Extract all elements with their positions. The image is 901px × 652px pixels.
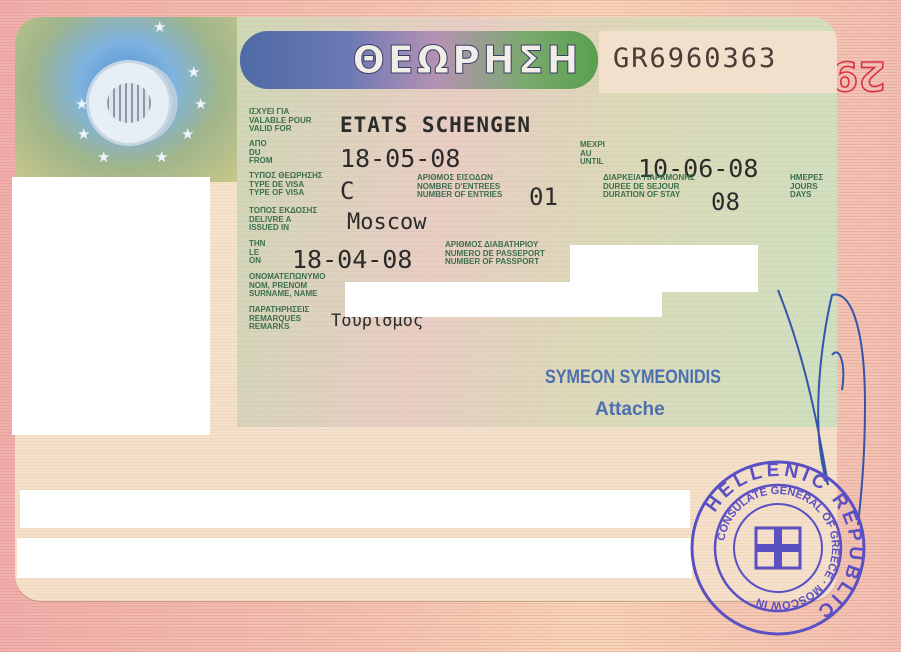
label-on: ΤΗΝ LE ON bbox=[249, 240, 265, 266]
star-icon: ★ bbox=[75, 97, 88, 112]
value-from: 18-05-08 bbox=[340, 144, 460, 173]
label-days: ΗΜΕΡΕΣ JOURS DAYS bbox=[790, 174, 823, 200]
label-until: ΜΕΧΡΙ AU UNTIL bbox=[580, 141, 605, 167]
star-icon: ★ bbox=[194, 97, 207, 112]
redacted-photo bbox=[12, 177, 210, 435]
value-type-of-visa: C bbox=[340, 177, 354, 205]
star-icon: ★ bbox=[181, 127, 194, 142]
label-type-of-visa: ΤΥΠΟΣ ΘΕΩΡΗΣΗΣ TYPE DE VISA TYPE OF VISA bbox=[249, 172, 323, 198]
star-icon: ★ bbox=[77, 127, 90, 142]
serial-number: GR6960363 bbox=[613, 43, 777, 74]
label-duration-of-stay: ΔΙΑΡΚΕΙΑ ΠΑΡΑΜΟΝΗΣ DUREE DE SEJOUR DURAT… bbox=[603, 174, 695, 200]
header-title: ΘΕΩΡΗΣΗ bbox=[337, 31, 597, 89]
value-valid-for: ETATS SCHENGEN bbox=[340, 113, 531, 137]
redacted-mrz-line-2 bbox=[17, 538, 692, 578]
signatory-name: SYMEON SYMEONIDIS bbox=[545, 367, 721, 389]
label-surname-name: ΟΝΟΜΑΤΕΠΩΝΥΜΟ NOM, PRENOM SURNAME, NAME bbox=[249, 273, 325, 299]
redacted-mrz-line-1 bbox=[20, 490, 690, 528]
globe-icon bbox=[86, 60, 172, 146]
visa-form: ΘΕΩΡΗΣΗ GR6960363 ΙΣΧΥΕΙ ΓΙΑ VALABLE POU… bbox=[237, 17, 837, 427]
signatory-title: Attache bbox=[595, 399, 665, 421]
label-remarks: ΠΑΡΑΤΗΡΗΣΕΙΣ REMARQUES REMARKS bbox=[249, 306, 309, 332]
star-icon: ★ bbox=[155, 150, 168, 165]
label-passport-number: ΑΡΙΘΜΟΣ ΔΙΑΒΑΤΗΡΙΟΥ NUMERO DE PASSEPORT … bbox=[445, 241, 545, 267]
value-duration-of-stay: 08 bbox=[711, 188, 740, 216]
value-issued-in: Moscow bbox=[347, 210, 426, 235]
label-from: ΑΠΟ DU FROM bbox=[249, 140, 273, 166]
label-valid-for: ΙΣΧΥΕΙ ΓΙΑ VALABLE POUR VALID FOR bbox=[249, 108, 312, 134]
consulate-stamp: HELLENIC REPUBLIC CONSULATE GENERAL OF G… bbox=[688, 453, 868, 643]
hologram: ★ ★ ★ ★ ★ ★ ★ ★ bbox=[15, 17, 237, 182]
value-on: 18-04-08 bbox=[292, 245, 412, 274]
page-number: 29 bbox=[842, 45, 886, 105]
star-icon: ★ bbox=[97, 150, 110, 165]
star-icon: ★ bbox=[187, 65, 200, 80]
label-issued-in: ΤΟΠΟΣ ΕΚΔΟΣΗΣ DELIVRE A ISSUED IN bbox=[249, 207, 317, 233]
value-number-of-entries: 01 bbox=[529, 183, 558, 211]
redacted-surname-name bbox=[345, 282, 662, 317]
label-number-of-entries: ΑΡΙΘΜΟΣ ΕΙΣΟΔΩΝ NOMBRE D'ENTREES NUMBER … bbox=[417, 174, 502, 200]
star-icon: ★ bbox=[153, 20, 166, 35]
